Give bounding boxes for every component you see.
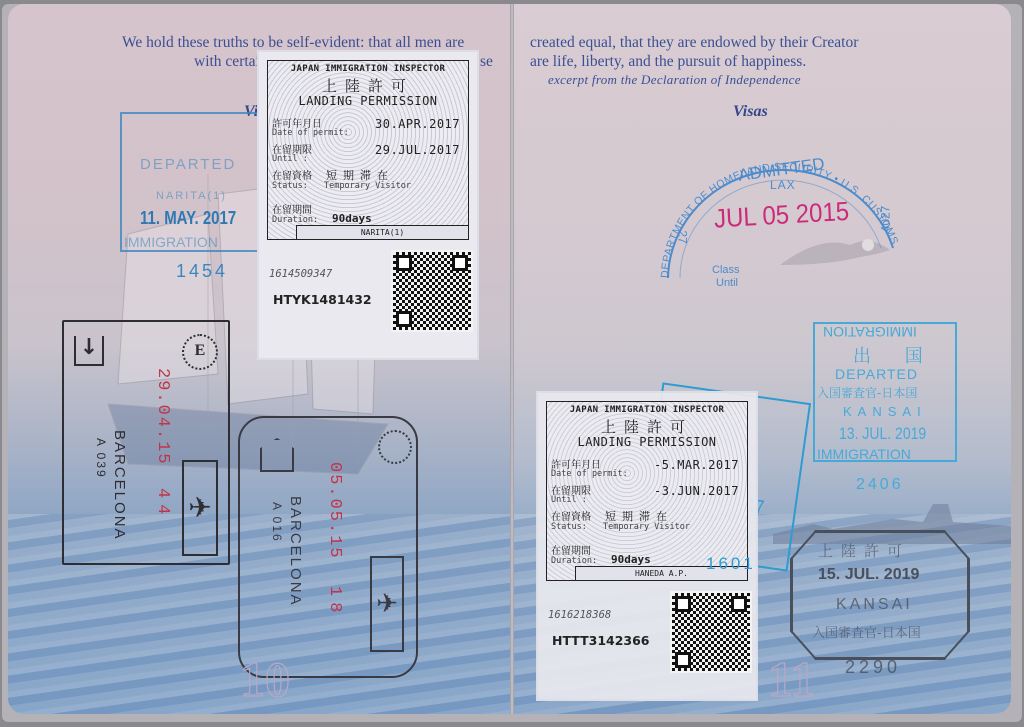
port-of-entry: NARITA(1) [296,225,469,240]
stamp-date: 15. JUL. 2019 [818,566,919,584]
sticker-code: HTYK1481432 [273,292,372,307]
japan-landing-permission-sticker-2: JAPAN IMMIGRATION INSPECTOR 上陸許可 LANDING… [538,393,756,699]
eu-stars-icon [378,430,412,464]
stamp-code: A 016 [270,502,284,543]
status-en: Temporary Visitor [324,181,411,191]
quote-line-1: We hold these truths to be self-evident:… [122,33,464,53]
stamp-kanji-line: 入国審査官-日本国 [812,622,921,641]
status-label-jp: 在留資格 [551,508,591,523]
kansai-landing-stamp: 上陸許可 15. JUL. 2019 KANSAI 入国審査官-日本国 [790,530,970,660]
stamp-top-label: IMMIGRATION [823,324,917,340]
stamp-port: LAX [770,178,796,192]
barcelona-entry-stamp-1: ↓ E BARCELONA A 039 29.04.15 44 ✈ [62,320,230,565]
stamp-kanji: 出 国 [853,342,937,368]
quote-citation: excerpt from the Declaration of Independ… [548,70,801,90]
until-date: 29.JUL.2017 [375,143,460,157]
book-spine [510,4,514,714]
duration-label-en: Duration: [551,556,597,566]
visas-heading-right: Visas [733,103,768,121]
kansai-stamp-number: 2406 [856,476,904,494]
stamp-kanji: 上陸許可 [818,540,910,561]
eu-stars-icon: E [182,334,218,370]
stamp-time: 44 [153,488,172,520]
us-cbp-admitted-stamp: DEPARTMENT OF HOMELAND SECURITY • U.S. C… [648,138,908,298]
sticker-inspector: JAPAN IMMIGRATION INSPECTOR [547,405,747,415]
stamp-date: 11. MAY. 2017 [140,208,236,229]
date-label-en: Date of permit: [551,469,628,479]
kansai-departure-stamp: IMMIGRATION 出 国 DEPARTED 入国審査官-日本国 KANSA… [813,322,957,462]
status-label-jp: 在留資格 [272,167,312,182]
stamp-port: NARITA(1) [156,190,227,202]
haneda-stamp-number: 1601 [706,554,756,574]
sticker-title: LANDING PERMISSION [547,435,747,449]
status-label-en: Status: [551,522,587,532]
until-label-en: Until : [551,495,587,505]
stamp-date: 05.05.15 [325,462,344,560]
stamp-date: 29.04.15 [153,368,172,466]
stamp-heading: DEPARTED [835,366,918,382]
until-label-en: Until : [272,154,308,164]
barcelona-entry-stamp-2: BARCELONA A 016 05.05.15 18 ✈ [238,416,418,678]
status-en: Temporary Visitor [603,522,690,532]
date-label-en: Date of permit: [272,128,349,138]
stamp-heading: DEPARTED [140,156,236,173]
arrival-arrow-icon: ↓ [74,336,104,366]
sticker-serial: 1616218368 [548,609,611,621]
stamp-kanji-line: 入国審査官-日本国 [817,384,917,401]
quote-line-3: created equal, that they are endowed by … [530,33,858,53]
stamp-port: KANSAI [836,596,913,614]
page-number-right: 11 [768,650,815,708]
kansai-landing-number: 2290 [845,657,901,678]
stamp-footer: IMMIGRATION [124,234,218,250]
duration-label-en: Duration: [272,215,318,225]
stamp-port: KANSAI [843,404,927,419]
stamp-city: BARCELONA [111,430,128,541]
stamp-right-number: 4027 [878,206,892,233]
sticker-title: LANDING PERMISSION [268,94,468,108]
duration-value: 90days [611,553,651,566]
duration-label-jp: 在留期間 [272,201,312,216]
duration-label-jp: 在留期間 [551,542,591,557]
stamp-city: BARCELONA [287,496,304,607]
stamp-left-number: 27 [676,230,690,243]
stamp-date: 13. JUL. 2019 [839,423,926,442]
sticker-kanji-title: 上陸許可 [268,75,468,96]
airplane-icon: ✈ [182,460,218,556]
japan-landing-permission-sticker-1: JAPAN IMMIGRATION INSPECTOR 上陸許可 LANDING… [259,52,477,358]
airplane-icon: ✈ [370,556,404,652]
page-number-left: 10 [240,650,290,708]
narita-departure-stamp: DEPARTED NARITA(1) 11. MAY. 2017 IMMIGRA… [120,112,260,252]
sticker-code: HTTT3142366 [552,633,650,648]
duration-value: 90days [332,212,372,225]
date-of-permit: -5.MAR.2017 [654,458,739,472]
quote-line-4: are life, liberty, and the pursuit of ha… [530,52,806,72]
sticker-kanji-title: 上陸許可 [547,416,747,437]
stamp-until-label: Until [716,277,738,289]
sticker-inspector: JAPAN IMMIGRATION INSPECTOR [268,64,468,74]
stamp-time: 18 [325,586,344,618]
until-date: -3.JUN.2017 [654,484,739,498]
quote-line-2-end: se [480,52,493,72]
stamp-footer: IMMIGRATION [817,446,911,462]
narita-stamp-number: 1454 [176,261,228,282]
stamp-code: A 039 [94,438,108,479]
stamp-class-label: Class [712,264,740,276]
date-of-permit: 30.APR.2017 [375,117,460,131]
status-label-en: Status: [272,181,308,191]
qr-code [391,250,473,332]
sticker-serial: 1614509347 [269,268,332,280]
qr-code [670,591,752,673]
